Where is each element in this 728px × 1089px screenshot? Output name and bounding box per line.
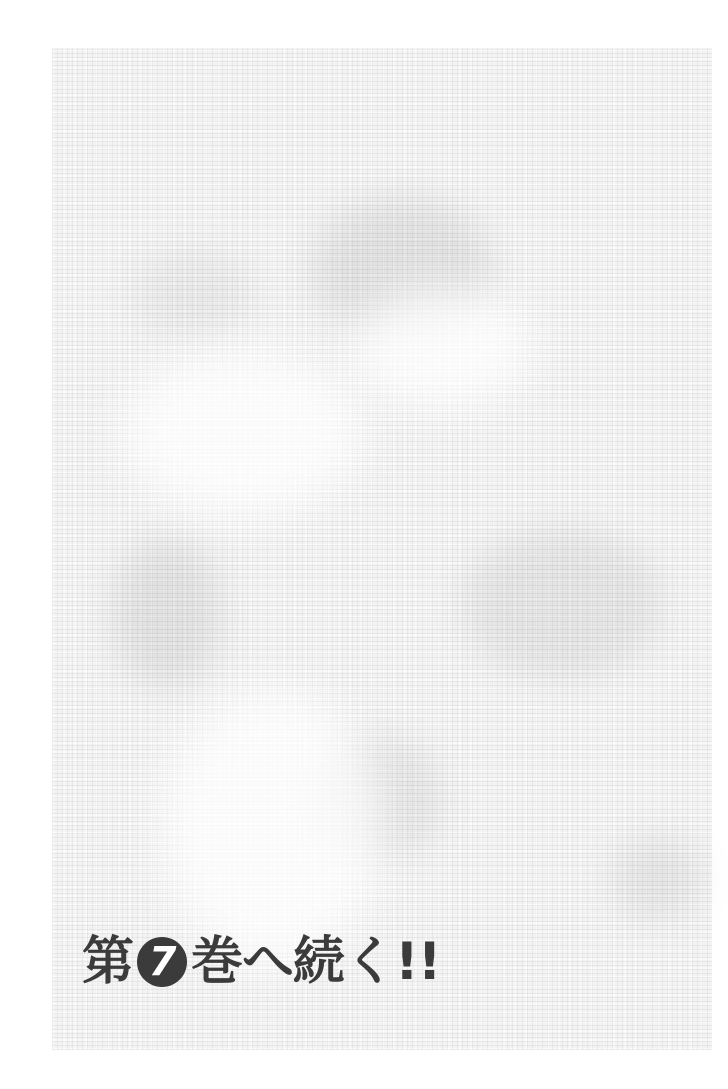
highlight-patch [162, 688, 382, 968]
manga-page: 第 7 巻へ続く!! [0, 0, 728, 1089]
shade-patch [462, 528, 662, 678]
shade-patch [612, 838, 702, 918]
fabric-texture-background [52, 48, 712, 1050]
circled-volume-number: 7 [137, 937, 187, 987]
highlight-patch [352, 288, 532, 408]
to-be-continued-caption: 第 7 巻へ続く!! [82, 930, 440, 994]
caption-prefix: 第 [82, 936, 133, 988]
caption-suffix: 巻へ続く!! [191, 936, 440, 988]
highlight-patch [122, 348, 362, 518]
shade-patch [112, 538, 222, 688]
shade-patch [132, 248, 252, 338]
